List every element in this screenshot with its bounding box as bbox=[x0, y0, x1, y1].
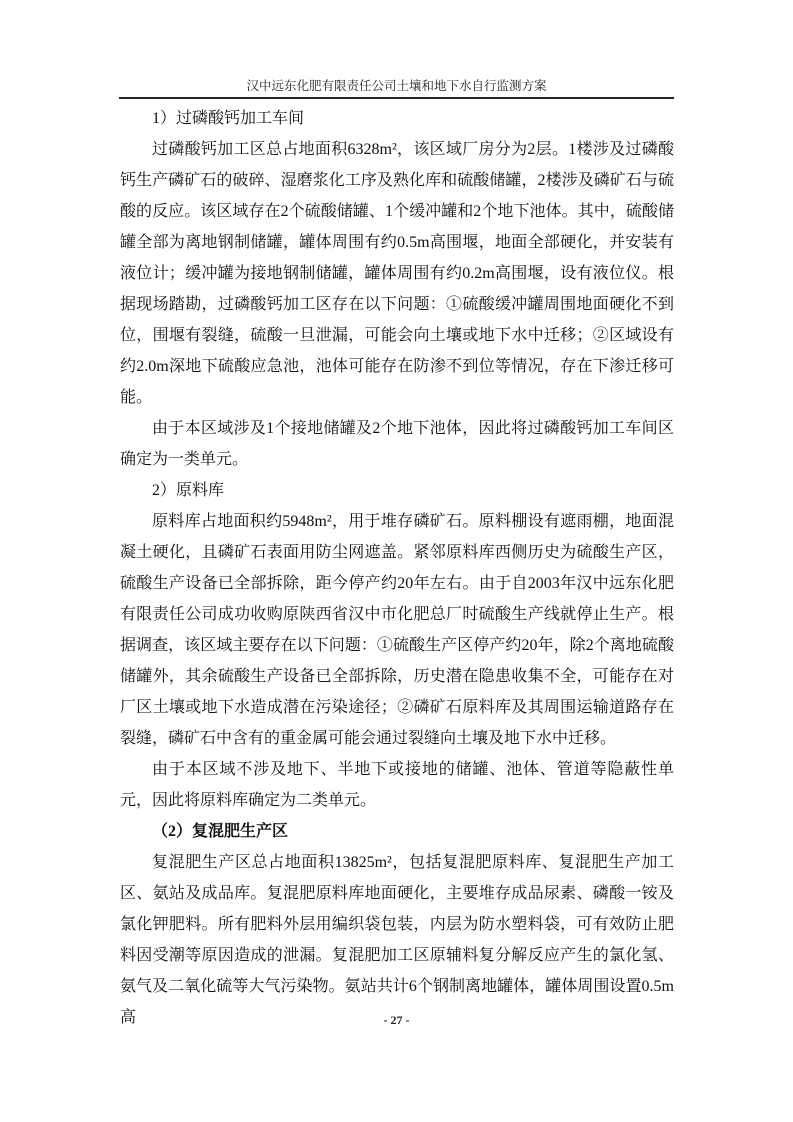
document-page: 汉中远东化肥有限责任公司土壤和地下水自行监测方案 1）过磷酸钙加工车间 过磷酸钙… bbox=[0, 0, 793, 1122]
page-header: 汉中远东化肥有限责任公司土壤和地下水自行监测方案 bbox=[119, 78, 674, 99]
heading-compound-fertilizer-area: （2）复混肥生产区 bbox=[120, 816, 674, 847]
heading-superphosphate-workshop: 1）过磷酸钙加工车间 bbox=[120, 103, 674, 134]
header-title: 汉中远东化肥有限责任公司土壤和地下水自行监测方案 bbox=[246, 79, 546, 93]
paragraph-superphosphate-description: 过磷酸钙加工区总占地面积6328m²，该区域厂房分为2层。1楼涉及过磷酸钙生产磷… bbox=[120, 134, 674, 413]
heading-raw-material-warehouse: 2）原料库 bbox=[120, 475, 674, 506]
document-body: 1）过磷酸钙加工车间 过磷酸钙加工区总占地面积6328m²，该区域厂房分为2层。… bbox=[120, 103, 674, 1033]
paragraph-raw-material-description: 原料库占地面积约5948m²，用于堆存磷矿石。原料棚设有遮雨棚，地面混凝土硬化，… bbox=[120, 506, 674, 754]
paragraph-compound-fertilizer-description: 复混肥生产区总占地面积13825m²，包括复混肥原料库、复混肥生产加工区、氨站及… bbox=[120, 847, 674, 1033]
page-number: - 27 - bbox=[384, 1013, 410, 1027]
paragraph-superphosphate-classification: 由于本区域涉及1个接地储罐及2个地下池体，因此将过磷酸钙加工车间区确定为一类单元… bbox=[120, 413, 674, 475]
paragraph-raw-material-classification: 由于本区域不涉及地下、半地下或接地的储罐、池体、管道等隐蔽性单元，因此将原料库确… bbox=[120, 754, 674, 816]
page-footer: - 27 - bbox=[0, 1013, 793, 1028]
